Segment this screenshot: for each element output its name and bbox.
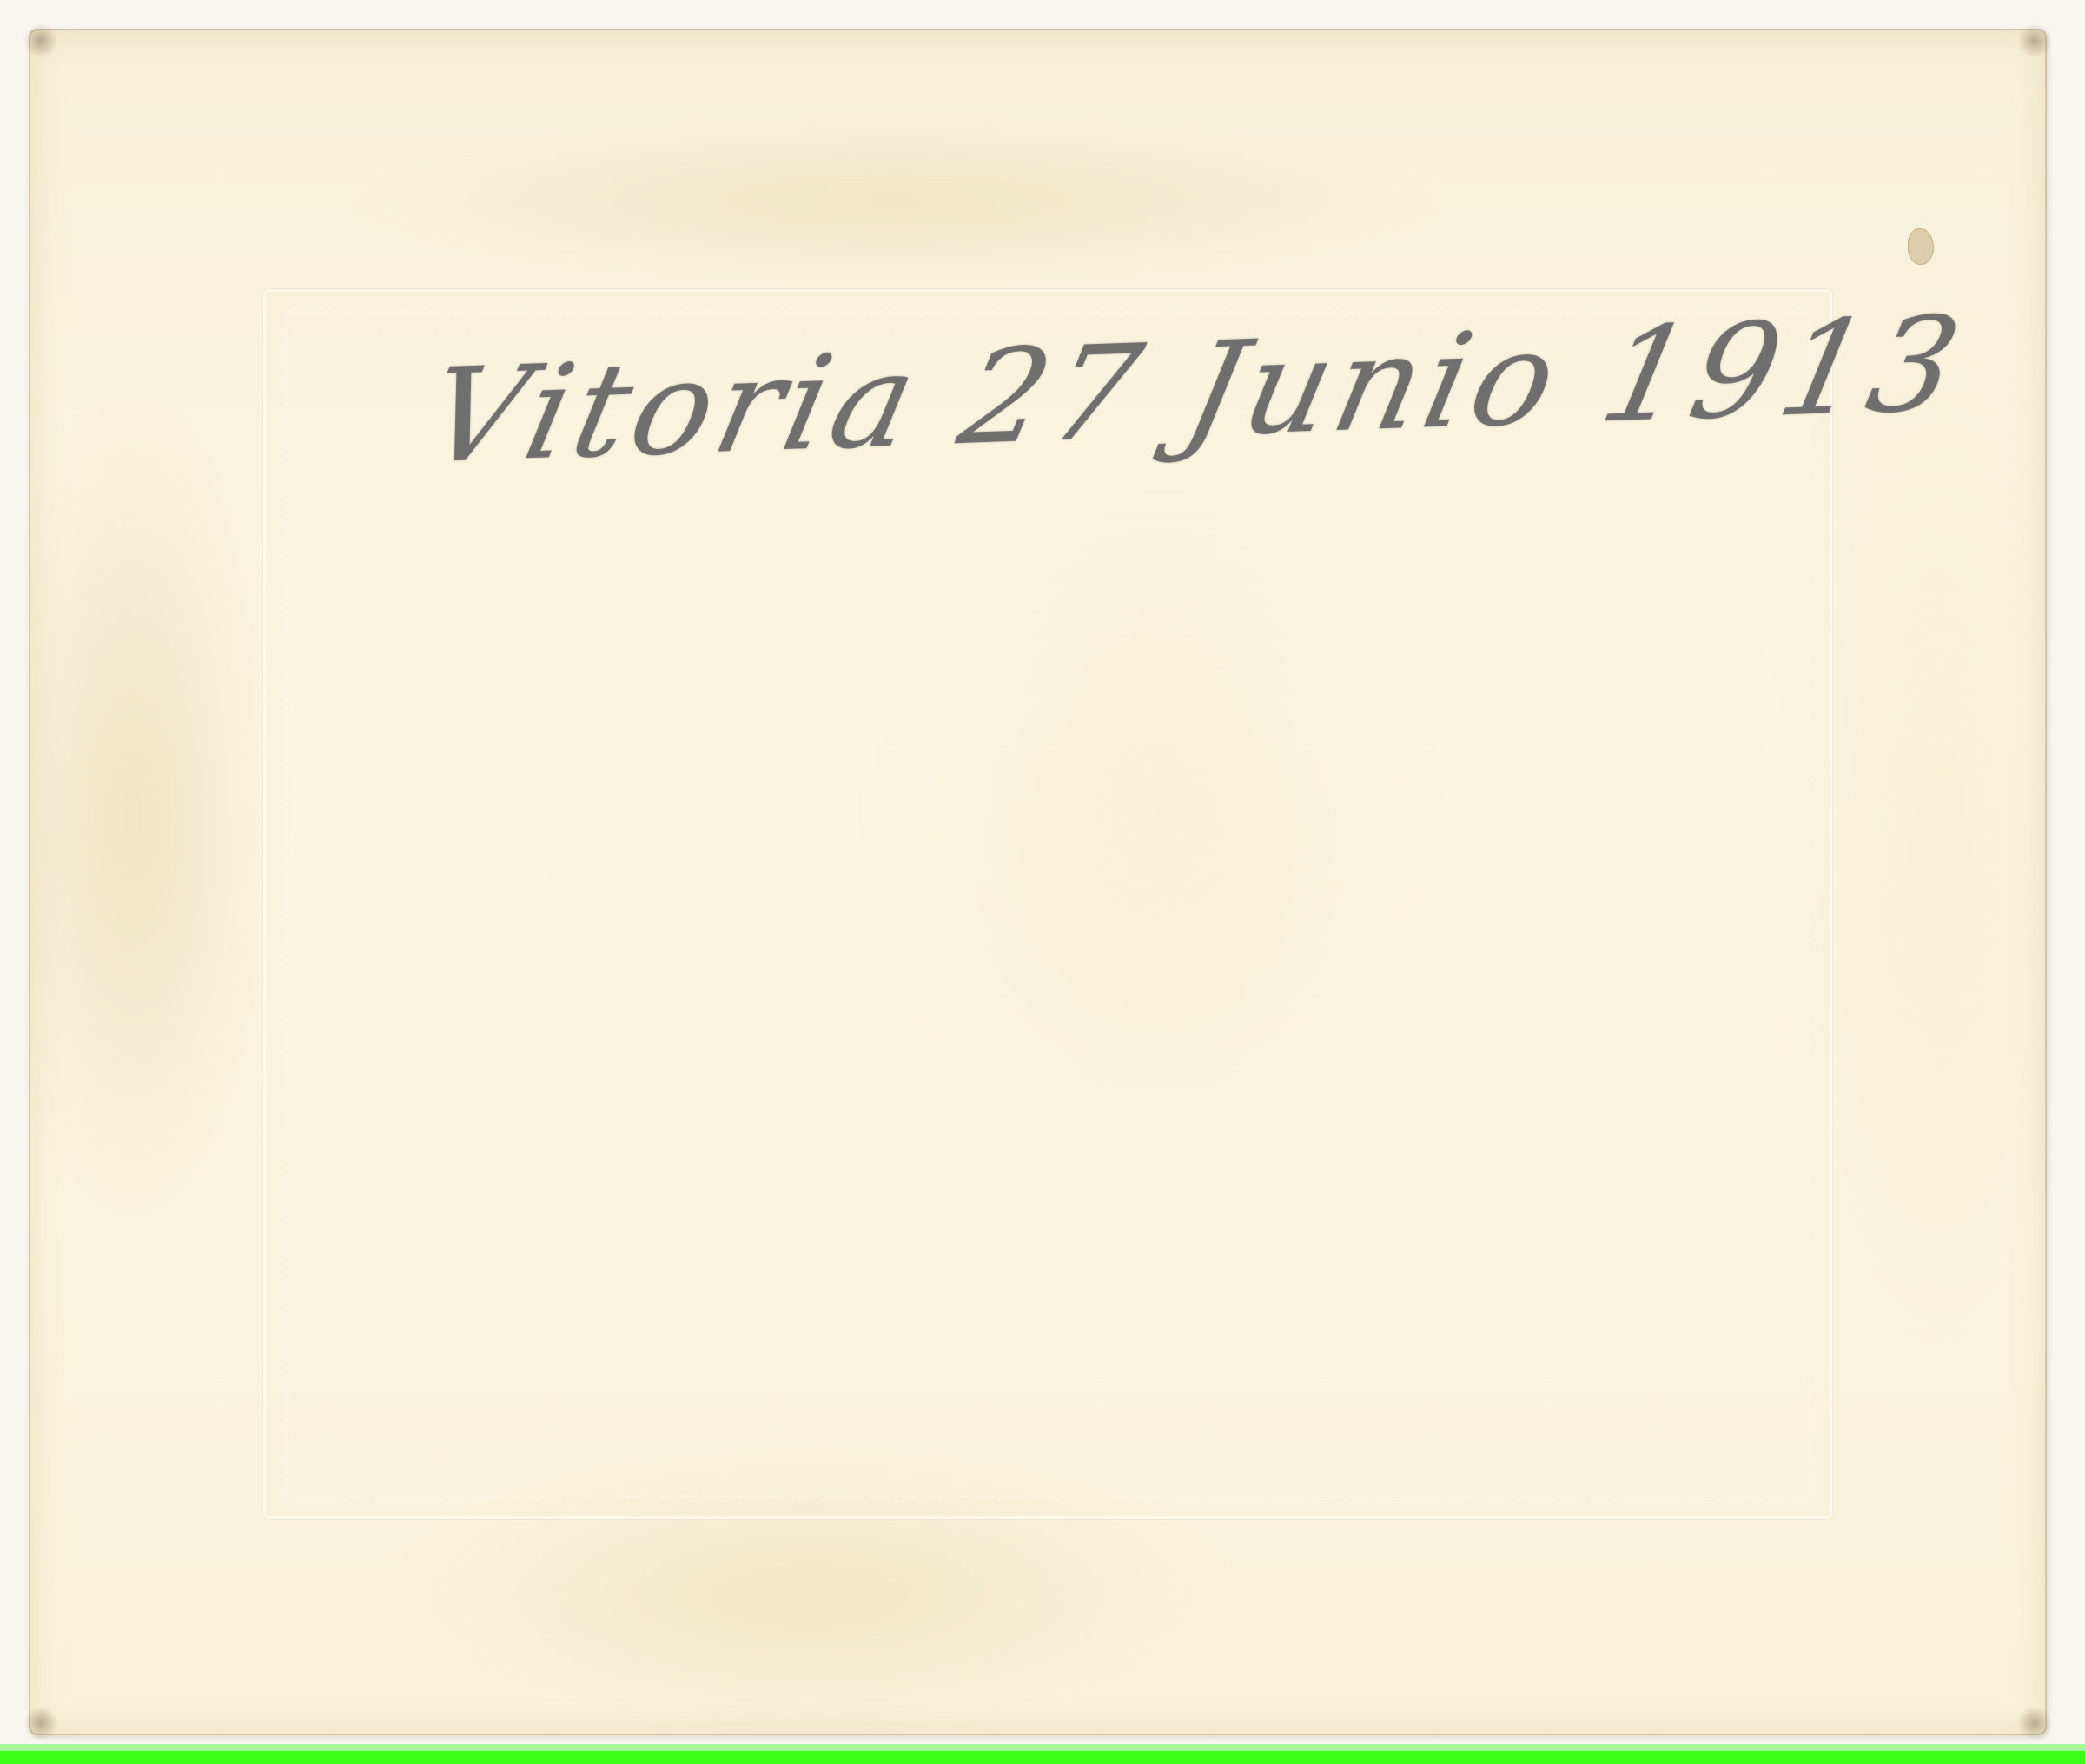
bottom-band-green xyxy=(0,1751,2085,1764)
bottom-band-pale xyxy=(0,1744,2085,1751)
corner-wear-top-left xyxy=(23,23,58,58)
stain-spot xyxy=(1908,228,1934,265)
corner-wear-top-right xyxy=(2017,23,2052,58)
card: Vitoria 27 Junio 1913 xyxy=(29,29,2047,1735)
corner-wear-bottom-right xyxy=(2017,1706,2052,1741)
corner-wear-bottom-left xyxy=(23,1706,58,1741)
